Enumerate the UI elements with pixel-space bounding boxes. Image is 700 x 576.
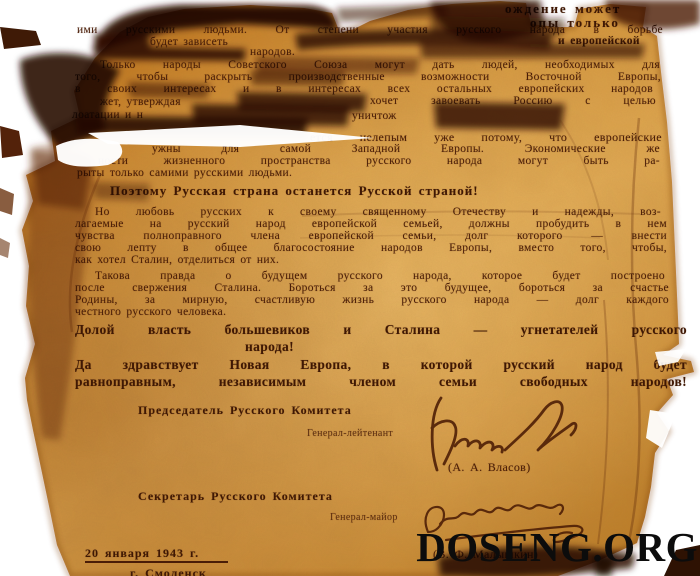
document-line-23: как хотел Сталин, отделиться от них. [75, 254, 279, 266]
document-line-10: жет, утверждая [100, 96, 181, 108]
document-line-14: ется нелепым уже потому, что европейские [310, 131, 662, 144]
document-line-7: Только народы Советского Союза могут дат… [100, 59, 660, 71]
document-line-13: уничтож [352, 110, 397, 122]
document-line-5: и европейской [558, 35, 640, 47]
document-line-20: лагаемые на русский народ европейской се… [75, 218, 667, 230]
document-line-9: в своих интересах и в интересах всех ост… [75, 83, 653, 95]
document-line-34: (А. А. Власов) [448, 461, 531, 474]
document-line-17: рыты только самими русскими людьми. [77, 167, 292, 179]
document-line-29: народа! [245, 340, 294, 354]
document-line-32: Председатель Русского Комитета [138, 404, 352, 417]
document-line-28: Долой власть большевиков и Сталина — угн… [75, 323, 687, 337]
document-line-16: ности жизненного пространства русского н… [98, 155, 660, 167]
document-line-37: 20 января 1943 г. [85, 547, 228, 563]
document-line-12: лоатации и н [72, 109, 143, 121]
leaflet-photo: ождение можетопы толькоими русскими людь… [0, 0, 700, 576]
watermark: DOSENG.ORG [416, 527, 698, 568]
document-line-31: равноправным, независимым членом семьи с… [75, 375, 687, 389]
document-line-39: г. Смоленск [130, 567, 207, 576]
document-line-18: Поэтому Русская страна останется Русской… [110, 184, 479, 198]
document-line-30: Да здравствует Новая Европа, в которой р… [75, 358, 687, 372]
document-line-1: ождение может [505, 2, 621, 16]
document-line-25: после свержения Сталина. Бороться за это… [75, 282, 669, 294]
document-line-21: чувства полноправного члена европейской … [75, 230, 667, 242]
document-text: ождение можетопы толькоими русскими людь… [0, 0, 700, 576]
document-line-35: Секретарь Русского Комитета [138, 490, 333, 503]
document-line-4: будет зависеть [150, 36, 228, 48]
document-line-8: того, чтобы раскрыть производственные во… [75, 71, 661, 83]
document-line-11: хочет завоевать Россию с целью [370, 95, 656, 107]
document-line-19: Но любовь русских к своему священному От… [95, 206, 661, 218]
document-line-36: Генерал-майор [330, 513, 398, 524]
document-line-15: ужны для самой Западной Европы. Экономич… [152, 143, 660, 155]
document-line-33: Генерал-лейтенант [307, 429, 393, 440]
document-line-27: честного русского человека. [75, 306, 226, 318]
document-line-26: Родины, за мирную, счастливую жизнь русс… [75, 294, 669, 306]
document-line-22: свою лепту в общее благосостояние народо… [75, 242, 667, 254]
document-line-24: Такова правда о будущем русского народа,… [95, 270, 665, 282]
document-line-6: народов. [250, 46, 295, 58]
